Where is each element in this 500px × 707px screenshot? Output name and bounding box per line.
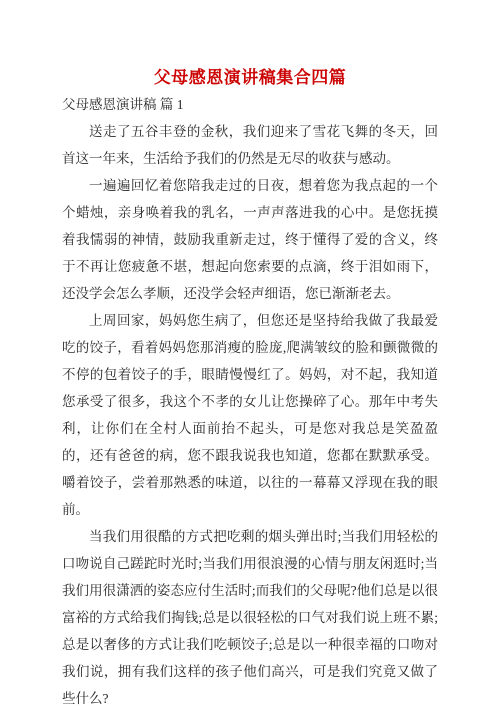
paragraph-2: 一遍遍回忆着您陪我走过的日夜，想着您为我点起的一个个蜡烛，亲身唤着我的乳名，一声… bbox=[62, 172, 438, 307]
paragraph-3: 上周回家，妈妈您生病了，但您还是坚持给我做了我最爱吃的饺子，看着妈妈您那消瘦的脸… bbox=[62, 307, 438, 523]
document-title: 父母感恩演讲稿集合四篇 bbox=[62, 64, 438, 91]
paragraph-1: 送走了五谷丰登的金秋，我们迎来了雪花飞舞的冬天，回首这一年来，生活给予我们的仍然… bbox=[62, 118, 438, 172]
document-page: 父母感恩演讲稿集合四篇 父母感恩演讲稿 篇 1 送走了五谷丰登的金秋，我们迎来了… bbox=[0, 0, 500, 707]
document-subtitle: 父母感恩演讲稿 篇 1 bbox=[62, 91, 438, 118]
paragraph-4: 当我们用很酷的方式把吃剩的烟头弹出时;当我们用轻松的口吻说自己蹉跎时光时;当我们… bbox=[62, 523, 438, 707]
